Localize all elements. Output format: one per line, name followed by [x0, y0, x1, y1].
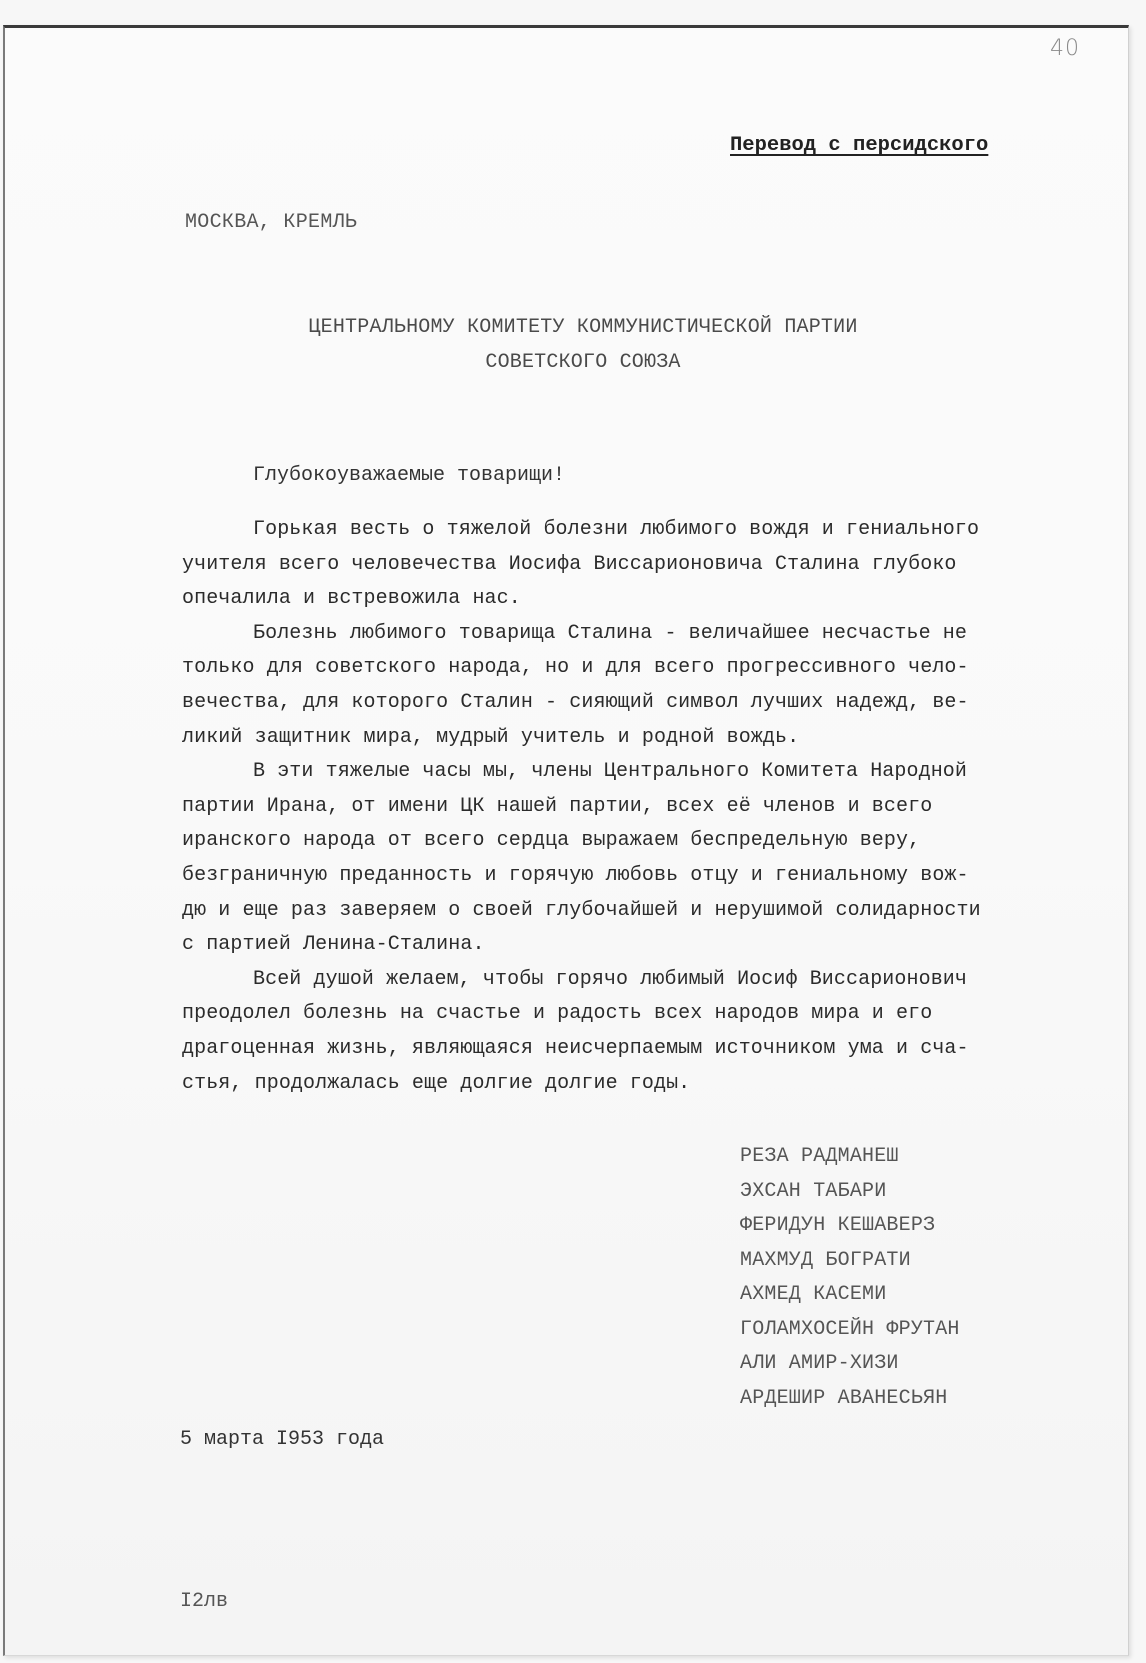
body-line: Болезнь любимого товарища Сталина - вели… — [182, 617, 1122, 652]
body-line: только для советского народа, но и для в… — [182, 651, 1122, 686]
body-line: учителя всего человечества Иосифа Виссар… — [182, 548, 1122, 583]
translation-note: Перевод с персидского — [730, 134, 988, 157]
body-line: Всей душой желаем, чтобы горячо любимый … — [182, 963, 1122, 998]
body-line: безграничную преданность и горячую любов… — [182, 859, 1122, 894]
body-line: преодолел болезнь на счастье и радость в… — [182, 997, 1122, 1032]
signatory: ГОЛАМХОСЕЙН ФРУТАН — [740, 1313, 960, 1348]
address-line: МОСКВА, КРЕМЛЬ — [185, 211, 357, 234]
signatory: АХМЕД КАСЕМИ — [740, 1278, 960, 1313]
addressee-line-2: СОВЕТСКОГО СОЮЗА — [10, 351, 1146, 374]
salutation: Глубокоуважаемые товарищи! — [253, 464, 565, 487]
body-line: ликий защитник мира, мудрый учитель и ро… — [182, 721, 1122, 756]
signatory: АЛИ АМИР-ХИЗИ — [740, 1347, 960, 1382]
body-line: вечества, для которого Сталин - сияющий … — [182, 686, 1122, 721]
body-line: опечалила и встревожила нас. — [182, 582, 1122, 617]
body-line: стья, продолжалась еще долгие долгие год… — [182, 1067, 1122, 1102]
body-line: В эти тяжелые часы мы, члены Центральног… — [182, 755, 1122, 790]
body-line: драгоценная жизнь, являющаяся неисчерпае… — [182, 1032, 1122, 1067]
signatory: ФЕРИДУН КЕШАВЕРЗ — [740, 1209, 960, 1244]
body-line: Горькая весть о тяжелой болезни любимого… — [182, 513, 1122, 548]
body-line: с партией Ленина-Сталина. — [182, 928, 1122, 963]
handwritten-page-number: 40 — [1050, 36, 1080, 61]
signatory: РЕЗА РАДМАНЕШ — [740, 1140, 960, 1175]
body-line: иранского народа от всего сердца выражае… — [182, 824, 1122, 859]
signatory: АРДЕШИР АВАНЕСЬЯН — [740, 1382, 960, 1417]
document-date: 5 марта I953 года — [180, 1428, 384, 1451]
letter-body: Горькая весть о тяжелой болезни любимого… — [182, 513, 1122, 1101]
signatory: ЭХСАН ТАБАРИ — [740, 1175, 960, 1210]
addressee-line-1: ЦЕНТРАЛЬНОМУ КОМИТЕТУ КОММУНИСТИЧЕСКОЙ П… — [10, 316, 1146, 339]
body-line: партии Ирана, от имени ЦК нашей партии, … — [182, 790, 1122, 825]
file-code: I2лв — [180, 1590, 228, 1613]
body-line: дю и еще раз заверяем о своей глубочайше… — [182, 894, 1122, 929]
signatory: МАХМУД БОГРАТИ — [740, 1244, 960, 1279]
signatories-list: РЕЗА РАДМАНЕШ ЭХСАН ТАБАРИ ФЕРИДУН КЕШАВ… — [740, 1140, 960, 1416]
